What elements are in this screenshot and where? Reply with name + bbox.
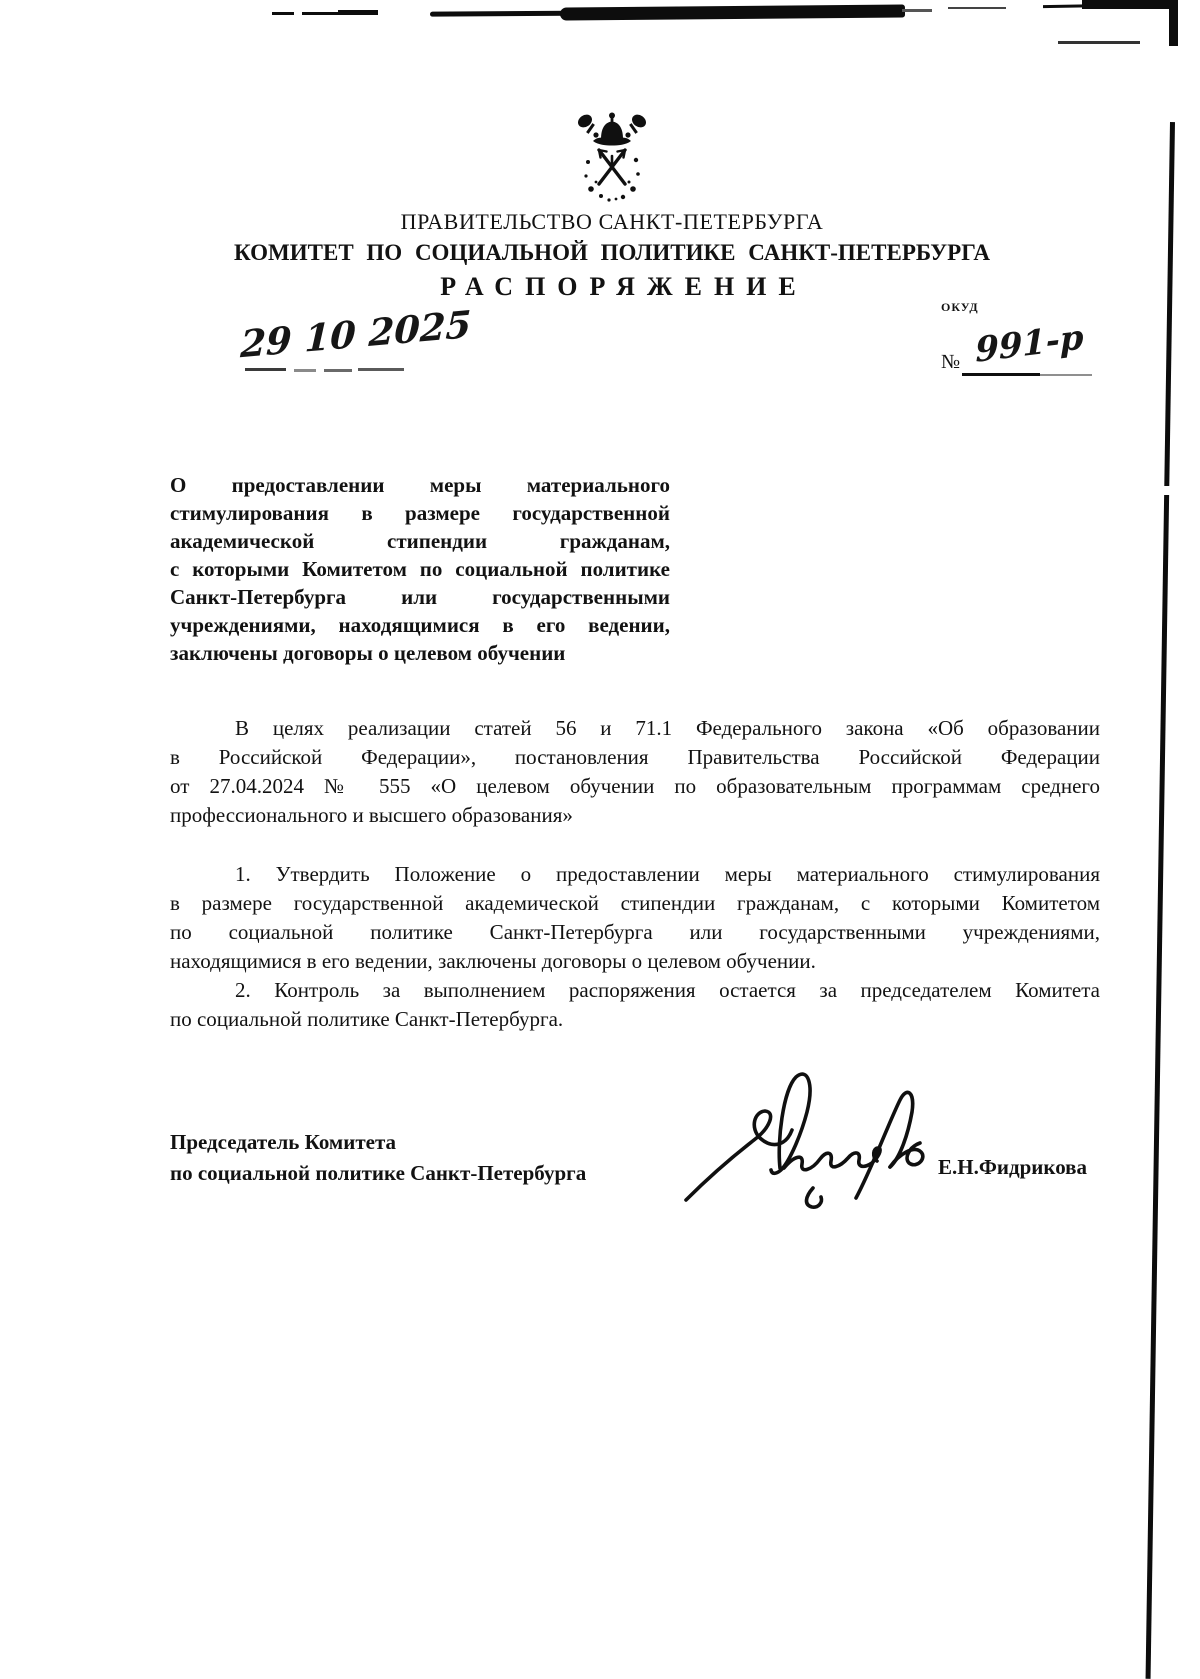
government-title: ПРАВИТЕЛЬСТВО САНКТ-ПЕТЕРБУРГА (128, 209, 1096, 235)
signatory-position-line: по социальной политике Санкт-Петербурга (170, 1158, 730, 1189)
number-underline (962, 373, 1040, 376)
scan-artifact-right-edge-line (1146, 122, 1175, 1679)
subject-line: Санкт-Петербурга или государственными (170, 583, 670, 611)
scan-artifact-line-gap (1164, 486, 1184, 495)
scan-artifact-top-streak (948, 7, 1006, 9)
text-line: В целях реализации статей 56 и 71.1 Феде… (170, 714, 1100, 743)
date-underline (324, 369, 352, 372)
number-underline-extension (1040, 374, 1092, 376)
subject-line: О предоставлении меры материального (170, 471, 670, 499)
document-type-title: РАСПОРЯЖЕНИЕ (128, 272, 1108, 302)
text-line: от 27.04.2024 № 555 «О целевом обучении … (170, 772, 1100, 801)
scan-artifact-top-streak (272, 12, 294, 15)
text-line: по социальной политике Санкт-Петербурга … (170, 918, 1100, 947)
text-line: в Российской Федерации», постановления П… (170, 743, 1100, 772)
number-sign: № (941, 351, 960, 374)
signature-autograph (680, 1068, 930, 1213)
subject-block: О предоставлении меры материального стим… (170, 471, 670, 667)
date-underline (358, 368, 404, 371)
text-line: профессионального и высшего образования» (170, 801, 1100, 830)
signatory-position: Председатель Комитета по социальной поли… (170, 1127, 730, 1189)
date-underline (294, 369, 316, 372)
scan-artifact-top-streak (902, 9, 932, 12)
preamble-paragraph: В целях реализации статей 56 и 71.1 Феде… (170, 714, 1100, 830)
scan-artifact-corner-hook (1082, 0, 1178, 9)
document-page: ПРАВИТЕЛЬСТВО САНКТ-ПЕТЕРБУРГА КОМИТЕТ П… (0, 0, 1200, 1679)
text-line: 2. Контроль за выполнением распоряжения … (170, 976, 1100, 1005)
subject-line: учреждениями, находящимися в его ведении… (170, 611, 670, 639)
coat-of-arms-icon (576, 112, 648, 204)
operative-paragraphs: 1. Утвердить Положение о предоставлении … (170, 860, 1100, 1034)
okud-label: ОКУД (941, 300, 979, 315)
handwritten-date: 29 10 2025 (240, 302, 472, 367)
subject-line: с которыми Комитетом по социальной полит… (170, 555, 670, 583)
scan-artifact-top-streak (1058, 41, 1140, 44)
scan-artifact-top-streak (338, 10, 378, 15)
text-line: находящимися в его ведении, заключены до… (170, 947, 1100, 976)
text-line: 1. Утвердить Положение о предоставлении … (170, 860, 1100, 889)
date-underline (245, 368, 286, 371)
subject-line: стимулирования в размере государственной (170, 499, 670, 527)
committee-title: КОМИТЕТ ПО СОЦИАЛЬНОЙ ПОЛИТИКЕ САНКТ-ПЕТ… (128, 240, 1096, 266)
scan-artifact-corner-hook (1169, 0, 1178, 46)
handwritten-number: 991-р (975, 317, 1084, 370)
scan-artifact-top-band (560, 4, 905, 20)
subject-line: заключены договоры о целевом обучении (170, 639, 670, 667)
signatory-position-line: Председатель Комитета (170, 1127, 730, 1158)
signatory-name: Е.Н.Фидрикова (938, 1155, 1087, 1180)
text-line: по социальной политике Санкт-Петербурга. (170, 1005, 1100, 1034)
text-line: в размере государственной академической … (170, 889, 1100, 918)
subject-line: академической стипендии гражданам, (170, 527, 670, 555)
